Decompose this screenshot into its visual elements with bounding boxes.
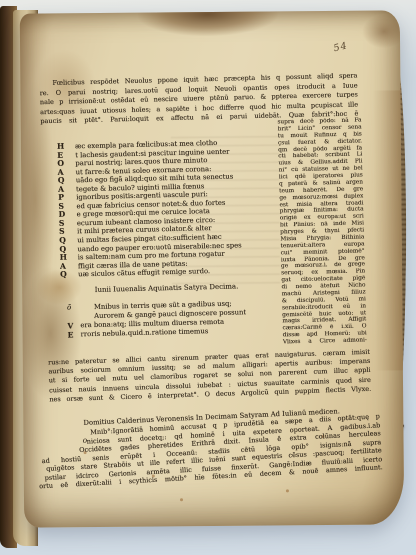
verse-block-satire10: õMnibus in terris quæ sūt a gadibus usq;… (67, 299, 247, 340)
verse-initial: V (67, 321, 80, 330)
verse-initial: õ (67, 303, 80, 312)
verse-text: uæ siculos cãtus effugit remige surdo. (78, 267, 210, 279)
verse-block-satire9: Hæc exempla para fœlicibus:at mea clotho… (57, 138, 242, 279)
verse-text: rroris nebula.quid.n.ratione timemus (80, 327, 208, 339)
book-photo: 54 Fœlicibus respōdet Neuolus ppone iqui… (0, 0, 416, 555)
printed-text-layer: 54 Fœlicibus respōdet Neuolus ppone iqui… (20, 10, 404, 527)
commentary-sirens: rus:ne pateretur se allici cantu sirenum… (48, 348, 371, 405)
margin-commentary-line: Vlixes a Circe admoni- (283, 337, 367, 346)
verse-initial: Q (60, 270, 78, 279)
verse-initial: E (67, 331, 80, 340)
commentary-margin-column: supra decē pōdo: nā Fabrit° Licin° censo… (277, 117, 367, 346)
heading-satire10: Iunii Iuuenalis Aquinatis Satyra Decima. (66, 282, 266, 295)
guide-letter-o: o (82, 437, 87, 446)
book-page: 54 Fœlicibus respōdet Neuolus ppone iqui… (20, 10, 404, 527)
folio-number: 54 (333, 40, 349, 54)
verse-initial (67, 312, 80, 321)
